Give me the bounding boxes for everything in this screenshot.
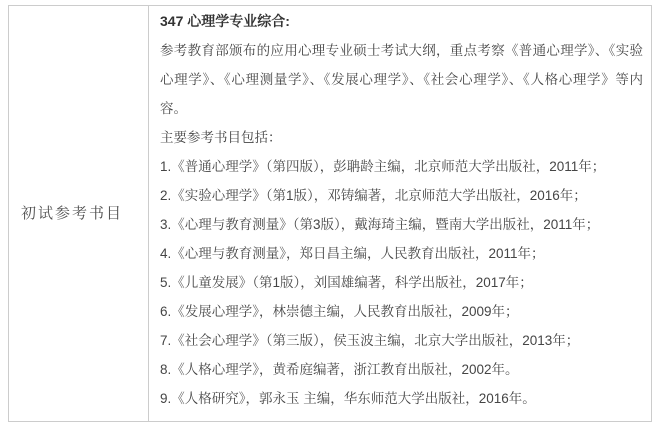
book-item: 5.《儿童发展》（第1版），刘国雄编著，科学出版社，2017年；: [160, 268, 643, 297]
page: 初试参考书目 347 心理学专业综合: 参考教育部颁布的应用心理专业硕士考试大纲…: [0, 0, 659, 428]
book-item: 6.《发展心理学》，林崇德主编，人民教育出版社，2009年；: [160, 297, 643, 326]
book-item: 9.《人格研究》，郭永玉 主编，华东师范大学出版社，2016年。: [160, 384, 643, 413]
row-content-cell: 347 心理学专业综合: 参考教育部颁布的应用心理专业硕士考试大纲，重点考察《普…: [149, 6, 651, 421]
book-item: 2.《实验心理学》（第1版），邓铸编著，北京师范大学出版社，2016年；: [160, 181, 643, 210]
book-item: 7.《社会心理学》（第三版），侯玉波主编，北京大学出版社，2013年；: [160, 326, 643, 355]
book-item: 1.《普通心理学》（第四版），彭聃龄主编，北京师范大学出版社，2011年；: [160, 152, 643, 181]
book-list-intro: 主要参考书目包括：: [160, 123, 643, 152]
book-item: 4.《心理与教育测量》，郑日昌主编，人民教育出版社，2011年；: [160, 239, 643, 268]
reference-table: 初试参考书目 347 心理学专业综合: 参考教育部颁布的应用心理专业硕士考试大纲…: [8, 5, 652, 422]
row-label: 初试参考书目: [21, 204, 123, 224]
book-item: 8.《人格心理学》，黄希庭编著，浙江教育出版社，2002年。: [160, 355, 643, 384]
subject-title: 347 心理学专业综合:: [160, 7, 643, 36]
exam-outline-intro: 参考教育部颁布的应用心理专业硕士考试大纲，重点考察《普通心理学》、《实验心理学》…: [160, 36, 643, 123]
row-header-cell: 初试参考书目: [9, 6, 149, 421]
book-item: 3.《心理与教育测量》（第3版），戴海琦主编，暨南大学出版社，2011年；: [160, 210, 643, 239]
